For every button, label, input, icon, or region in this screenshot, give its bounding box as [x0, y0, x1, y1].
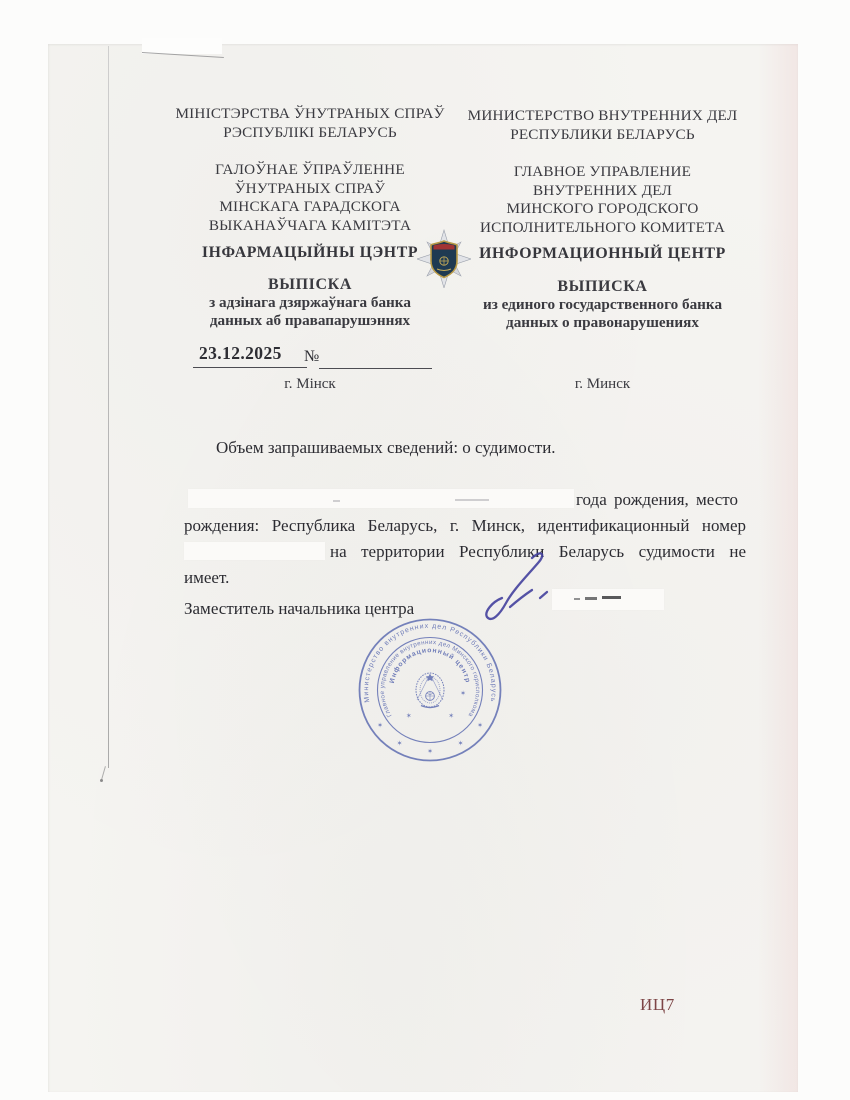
information-center-title-left: ІНФАРМАЦЫЙНЫ ЦЭНТР: [170, 244, 450, 262]
svg-text:✶: ✶: [406, 712, 412, 720]
date-underline: [193, 367, 307, 368]
paper-fold-dot: [100, 779, 103, 782]
seal-coat-of-arms: [416, 673, 444, 708]
date-value: 23.12.2025: [199, 343, 282, 364]
ministry-name-line: РЭСПУБЛІКІ БЕЛАРУСЬ: [170, 124, 450, 143]
redaction-dash: [602, 596, 621, 599]
number-label: №: [304, 348, 319, 366]
ministry-name-line: РЕСПУБЛИКИ БЕЛАРУСЬ: [455, 126, 750, 145]
city-left: г. Мінск: [170, 376, 450, 393]
mvd-badge-icon: [417, 228, 471, 288]
header-left-department: ГАЛОЎНАЕ ЎПРАЎЛЕННЕ ЎНУТРАНЫХ СПРАЎ МІНС…: [170, 161, 450, 235]
number-underline: [319, 368, 432, 369]
extract-subtitle-line: данных аб правапарушэннях: [170, 312, 450, 330]
header-right-department: ГЛАВНОЕ УПРАВЛЕНИЕ ВНУТРЕННИХ ДЕЛ МИНСКО…: [455, 163, 750, 237]
redaction-dash: [574, 598, 580, 600]
body-line-4: имеет.: [184, 568, 229, 588]
ministry-name-line: МІНІСТЭРСТВА ЎНУТРАНЫХ СПРАЎ: [170, 105, 450, 124]
extract-block-right: ВЫПИСКА из единого государственного банк…: [455, 278, 750, 331]
city-right: г. Минск: [455, 376, 750, 393]
redaction-dash: [585, 597, 597, 600]
department-line: ВНУТРЕННИХ ДЕЛ: [455, 182, 750, 201]
header-left-ministry: МІНІСТЭРСТВА ЎНУТРАНЫХ СПРАЎ РЭСПУБЛІКІ …: [170, 105, 450, 142]
request-scope-line: Объем запрашиваемых сведений: о судимост…: [216, 438, 556, 458]
body-line-2: рождения: Республика Беларусь, г. Минск,…: [184, 516, 746, 536]
redacted-signatory-name: [552, 589, 664, 610]
extract-subtitle-line: данных о правонарушениях: [455, 314, 750, 332]
department-line: ГЛАВНОЕ УПРАВЛЕНИЕ: [455, 163, 750, 182]
extract-title: ВЫПІСКА: [170, 276, 450, 294]
redaction-trace-mark: [333, 500, 340, 502]
svg-text:✶: ✶: [448, 712, 454, 720]
redacted-id-number-block: [184, 542, 325, 560]
svg-text:✶: ✶: [427, 748, 433, 756]
paper-fold-line: [108, 46, 109, 768]
ministry-name-line: МИНИСТЕРСТВО ВНУТРЕННИХ ДЕЛ: [455, 107, 750, 126]
scanned-document-page: МІНІСТЭРСТВА ЎНУТРАНЫХ СПРАЎ РЭСПУБЛІКІ …: [0, 0, 850, 1100]
footer-form-code: ИЦ7: [640, 995, 675, 1015]
extract-title: ВЫПИСКА: [455, 278, 750, 296]
extract-block-left: ВЫПІСКА з адзінага дзяржаўнага банка дан…: [170, 276, 450, 329]
round-seal-stamp-icon: Министерство внутренних дел Республики Б…: [356, 616, 504, 764]
body-line-1-tail: года рождения, место: [576, 490, 746, 510]
department-line: МІНСКАГА ГАРАДСКОГА: [170, 198, 450, 217]
department-line: ЎНУТРАНЫХ СПРАЎ: [170, 180, 450, 199]
svg-text:✶: ✶: [477, 722, 483, 730]
department-line: ГАЛОЎНАЕ ЎПРАЎЛЕННЕ: [170, 161, 450, 180]
header-right-ministry: МИНИСТЕРСТВО ВНУТРЕННИХ ДЕЛ РЕСПУБЛИКИ Б…: [455, 107, 750, 144]
information-center-title-right: ИНФОРМАЦИОННЫЙ ЦЕНТР: [455, 245, 750, 263]
svg-text:✶: ✶: [458, 739, 464, 747]
svg-text:✶: ✶: [397, 739, 403, 747]
svg-text:✶: ✶: [377, 722, 383, 730]
department-line: ВЫКАНАЎЧАГА КАМІТЭТА: [170, 217, 450, 236]
svg-text:✶: ✶: [460, 689, 466, 697]
redaction-trace-mark: [455, 499, 489, 501]
department-line: МИНСКОГО ГОРОДСКОГО: [455, 200, 750, 219]
department-line: ИСПОЛНИТЕЛЬНОГО КОМИТЕТА: [455, 219, 750, 238]
scan-sticker-artifact: [142, 38, 222, 54]
extract-subtitle-line: з адзінага дзяржаўнага банка: [170, 294, 450, 312]
redacted-name-block: [188, 489, 574, 508]
extract-subtitle-line: из единого государственного банка: [455, 296, 750, 314]
scan-edge-tint: [758, 44, 798, 1092]
